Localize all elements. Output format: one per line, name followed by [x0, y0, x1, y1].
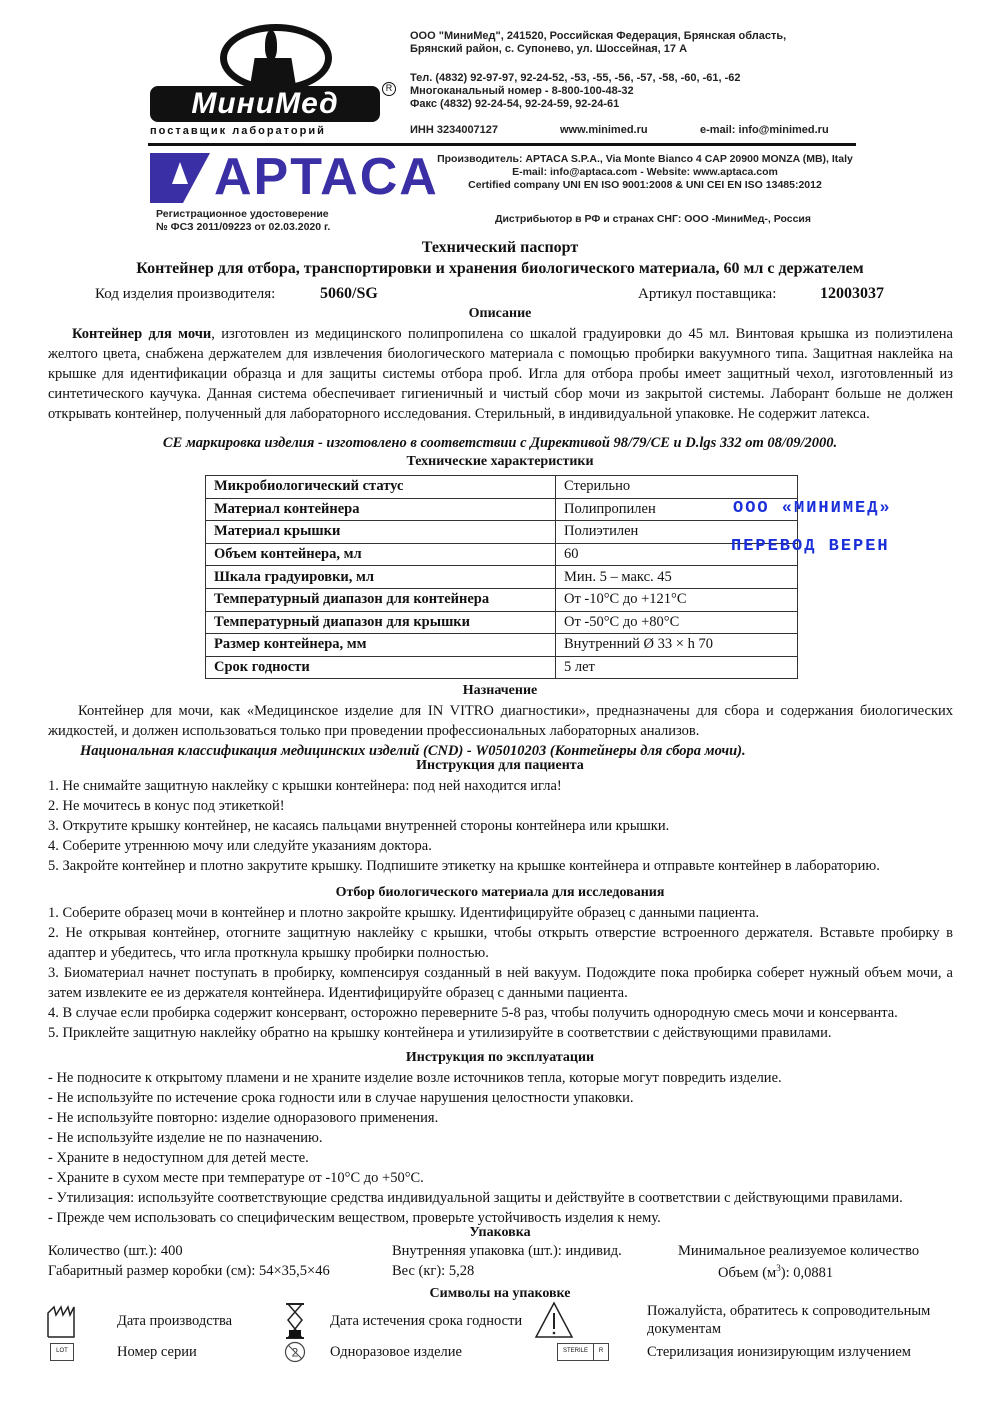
minimed-wordmark: МиниМед: [150, 86, 380, 122]
list-item: 1. Соберите образец мочи в контейнер и п…: [48, 903, 953, 923]
warning-triangle-icon: [534, 1301, 574, 1339]
registered-icon: R: [382, 82, 396, 96]
registration-certificate: Регистрационное удостоверение № ФСЗ 2011…: [156, 208, 330, 234]
patient-instructions-heading: Инструкция для пациента: [0, 758, 1000, 774]
packaging-box-size: Габаритный размер коробки (см): 54×35,5×…: [48, 1263, 330, 1280]
spec-key: Объем контейнера, мл: [206, 543, 556, 566]
symbol-label-sterile-r: Стерилизация ионизирующим излучением: [647, 1343, 911, 1361]
spec-value: Мин. 5 – макс. 45: [556, 566, 798, 589]
list-item: 4. В случае если пробирка содержит консе…: [48, 1003, 953, 1023]
list-item: - Утилизация: используйте соответствующи…: [48, 1188, 953, 1208]
manufacture-date-icon: [46, 1303, 76, 1339]
patient-instructions-list: 1. Не снимайте защитную наклейку с крышк…: [48, 776, 953, 876]
minimed-logo: МиниМед R поставщик лабораторий: [150, 22, 400, 140]
stamp-line-1: ООО «МИНИМЕД»: [733, 499, 892, 518]
aptaca-logo: APTACA: [150, 150, 430, 208]
spec-key: Срок годности: [206, 656, 556, 679]
table-row: Размер контейнера, ммВнутренний Ø 33 × h…: [206, 634, 798, 657]
email-link[interactable]: e-mail: info@minimed.ru: [700, 124, 829, 137]
manufacturer-info: Производитель: APTACA S.P.A., Via Monte …: [430, 153, 860, 192]
spec-key: Температурный диапазон для крышки: [206, 611, 556, 634]
spec-value: Стерильно: [556, 476, 798, 499]
supplier-article: 12003037: [820, 285, 884, 303]
spec-value: Внутренний Ø 33 × h 70: [556, 634, 798, 657]
packaging-inner: Внутренняя упаковка (шт.): индивид.: [392, 1243, 622, 1260]
product-subtitle: Контейнер для отбора, транспортировки и …: [0, 260, 1000, 278]
description-heading: Описание: [0, 306, 1000, 322]
specs-heading: Технические характеристики: [0, 454, 1000, 470]
packaging-volume: Объем (м3): 0,0881: [718, 1263, 833, 1282]
symbol-label-manufacture-date: Дата производства: [117, 1312, 232, 1330]
purpose-text: Контейнер для мочи, как «Медицинское изд…: [48, 701, 953, 741]
packaging-quantity: Количество (шт.): 400: [48, 1243, 183, 1260]
spec-key: Температурный диапазон для контейнера: [206, 588, 556, 611]
logo-base-icon: [250, 58, 296, 86]
packaging-heading: Упаковка: [0, 1225, 1000, 1241]
list-item: 1. Не снимайте защитную наклейку с крышк…: [48, 776, 953, 796]
table-row: Материал контейнераПолипропилен: [206, 498, 798, 521]
spec-value: От -10°C до +121°C: [556, 588, 798, 611]
flame-icon: [265, 30, 277, 60]
inn: ИНН 3234007127: [410, 124, 498, 137]
table-row: Шкала градуировки, млМин. 5 – макс. 45: [206, 566, 798, 589]
list-item: - Не используйте изделие не по назначени…: [48, 1128, 953, 1148]
table-row: Материал крышкиПолиэтилен: [206, 521, 798, 544]
document-title: Технический паспорт: [0, 239, 1000, 257]
minimed-phones: Тел. (4832) 92-97-97, 92-24-52, -53, -55…: [410, 72, 860, 111]
usage-heading: Инструкция по эксплуатации: [0, 1050, 1000, 1066]
list-item: - Храните в сухом месте при температуре …: [48, 1168, 953, 1188]
list-item: 2. Не открывая контейнер, отогните защит…: [48, 923, 953, 963]
purpose-heading: Назначение: [0, 683, 1000, 699]
spec-key: Шкала градуировки, мл: [206, 566, 556, 589]
sampling-list: 1. Соберите образец мочи в контейнер и п…: [48, 903, 953, 1043]
sampling-heading: Отбор биологического материала для иссле…: [0, 885, 1000, 901]
minimed-address: ООО "МиниМед", 241520, Российская Федера…: [410, 30, 860, 56]
list-item: 4. Соберите утреннюю мочу или следуйте у…: [48, 836, 953, 856]
list-item: 2. Не мочитесь в конус под этикеткой!: [48, 796, 953, 816]
list-item: 5. Приклейте защитную наклейку обратно н…: [48, 1023, 953, 1043]
description-text: Контейнер для мочи, изготовлен из медици…: [48, 324, 953, 424]
website-link[interactable]: www.minimed.ru: [560, 124, 648, 137]
list-item: 3. Биоматериал начнет поступать в пробир…: [48, 963, 953, 1003]
table-row: Срок годности5 лет: [206, 656, 798, 679]
packaging-min-qty: Минимальное реализуемое количество: [678, 1243, 919, 1260]
symbol-label-consult-docs: Пожалуйста, обратитесь к сопроводительны…: [647, 1302, 957, 1338]
spec-key: Материал крышки: [206, 521, 556, 544]
minimed-tagline: поставщик лабораторий: [150, 125, 390, 137]
spec-key: Микробиологический статус: [206, 476, 556, 499]
spec-key: Размер контейнера, мм: [206, 634, 556, 657]
symbols-heading: Символы на упаковке: [0, 1286, 1000, 1302]
distributor: Дистрибьютор в РФ и странах СНГ: ООО -Ми…: [495, 213, 811, 226]
symbol-label-single-use: Одноразовое изделие: [330, 1343, 462, 1361]
sterile-r-icon: STERILE R: [557, 1343, 609, 1361]
list-item: - Не подносите к открытому пламени и не …: [48, 1068, 953, 1088]
spec-key: Материал контейнера: [206, 498, 556, 521]
usage-list: - Не подносите к открытому пламени и не …: [48, 1068, 953, 1228]
table-row: Микробиологический статусСтерильно: [206, 476, 798, 499]
symbol-label-lot: Номер серии: [117, 1343, 197, 1361]
spec-value: От -50°C до +80°C: [556, 611, 798, 634]
stamp-line-2: ПЕРЕВОД ВЕРЕН: [731, 537, 890, 556]
symbol-label-expiry: Дата истечения срока годности: [330, 1312, 522, 1330]
manufacturer-code-label: Код изделия производителя:: [95, 286, 275, 303]
hourglass-icon: [284, 1302, 306, 1340]
list-item: 5. Закройте контейнер и плотно закрутите…: [48, 856, 953, 876]
header-divider: [148, 143, 856, 146]
aptaca-wordmark: APTACA: [214, 148, 439, 206]
list-item: - Не используйте по истечение срока годн…: [48, 1088, 953, 1108]
table-row: Температурный диапазон для контейнераОт …: [206, 588, 798, 611]
manufacturer-code: 5060/SG: [320, 285, 378, 303]
lot-icon: LOT: [50, 1343, 74, 1361]
supplier-article-label: Артикул поставщика:: [638, 286, 776, 303]
table-row: Объем контейнера, мл60: [206, 543, 798, 566]
list-item: - Храните в недоступном для детей месте.: [48, 1148, 953, 1168]
list-item: - Не используйте повторно: изделие однор…: [48, 1108, 953, 1128]
ce-note: CE маркировка изделия - изготовлено в со…: [0, 435, 1000, 452]
single-use-icon: 2: [284, 1341, 306, 1363]
specs-table: Микробиологический статусСтерильноМатери…: [205, 475, 798, 679]
list-item: 3. Открутите крышку контейнер, не касаяс…: [48, 816, 953, 836]
spec-value: 5 лет: [556, 656, 798, 679]
table-row: Температурный диапазон для крышкиОт -50°…: [206, 611, 798, 634]
packaging-weight: Вес (кг): 5,28: [392, 1263, 474, 1280]
